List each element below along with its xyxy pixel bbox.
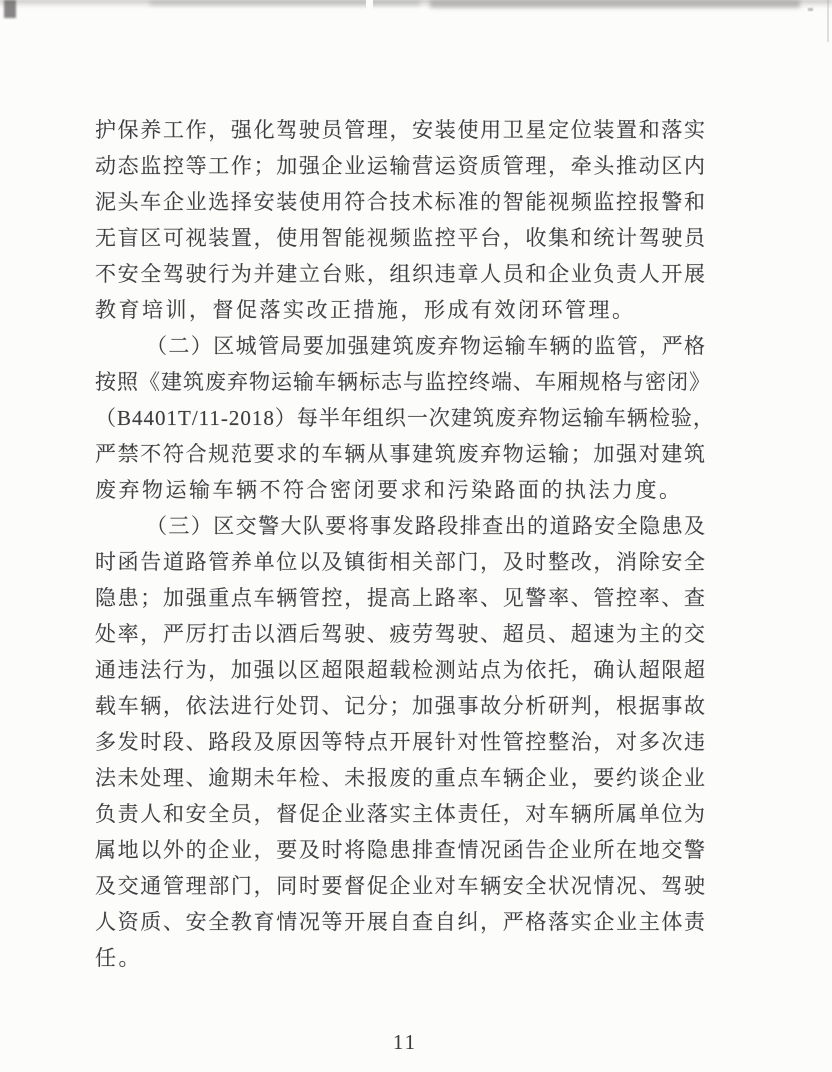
page-number: 11 [393, 1030, 417, 1054]
page-footer: 11 [0, 1030, 810, 1055]
scan-artifact-streak [430, 0, 800, 8]
text-line: 法未处理、逾期未年检、未报废的重点车辆企业，要约谈企业 [95, 760, 706, 796]
text-line: 严禁不符合规范要求的车辆从事建筑废弃物运输；加强对建筑 [95, 436, 706, 472]
scan-artifact-gap [366, 0, 373, 13]
text-line: 通违法行为，加强以区超限超载检测站点为依托，确认超限超 [95, 652, 706, 688]
scan-artifact-streak [150, 0, 420, 6]
document-body: 护保养工作，强化驾驶员管理，安装使用卫星定位装置和落实 动态监控等工作；加强企业… [95, 112, 706, 976]
text-line: 动态监控等工作；加强企业运输营运资质管理，牵头推动区内 [95, 148, 706, 184]
text-line: 属地以外的企业，要及时将隐患排查情况函告企业所在地交警 [95, 832, 706, 868]
scan-artifact-speck [808, 8, 813, 11]
text-line: 教育培训，督促落实改正措施，形成有效闭环管理。 [95, 292, 706, 328]
text-line: 按照《建筑废弃物运输车辆标志与监控终端、车厢规格与密闭》 [95, 364, 706, 400]
text-line: 时函告道路管养单位以及镇街相关部门，及时整改，消除安全 [95, 544, 706, 580]
text-line: 隐患；加强重点车辆管控，提高上路率、见警率、管控率、查 [95, 580, 706, 616]
text-line: 泥头车企业选择安装使用符合技术标准的智能视频监控报警和 [95, 184, 706, 220]
text-line: 多发时段、路段及原因等特点开展针对性管控整治，对多次违 [95, 724, 706, 760]
text-line: 不安全驾驶行为并建立台账，组织违章人员和企业负责人开展 [95, 256, 706, 292]
text-line: 载车辆，依法进行处罚、记分；加强事故分析研判，根据事故 [95, 688, 706, 724]
text-line: 处率，严厉打击以酒后驾驶、疲劳驾驶、超员、超速为主的交 [95, 616, 706, 652]
text-line: 人资质、安全教育情况等开展自查自纠，严格落实企业主体责 [95, 904, 706, 940]
scan-artifact-corner-mark [4, 0, 16, 18]
text-line: 护保养工作，强化驾驶员管理，安装使用卫星定位装置和落实 [95, 112, 706, 148]
text-line: （三）区交警大队要将事发路段排查出的道路安全隐患及 [95, 508, 706, 544]
document-page: 护保养工作，强化驾驶员管理，安装使用卫星定位装置和落实 动态监控等工作；加强企业… [0, 0, 832, 1072]
text-line: （B4401T/11-2018）每半年组织一次建筑废弃物运输车辆检验， [95, 400, 706, 436]
text-line: 负责人和安全员，督促企业落实主体责任，对车辆所属单位为 [95, 796, 706, 832]
scan-artifact-base [0, 0, 832, 9]
scan-artifact-edge-line [827, 0, 829, 42]
scan-artifact-band [0, 0, 832, 16]
text-line: 无盲区可视装置，使用智能视频监控平台，收集和统计驾驶员 [95, 220, 706, 256]
text-line: （二）区城管局要加强建筑废弃物运输车辆的监管，严格 [95, 328, 706, 364]
text-line: 任。 [95, 940, 706, 976]
text-line: 及交通管理部门，同时要督促企业对车辆安全状况情况、驾驶 [95, 868, 706, 904]
text-line: 废弃物运输车辆不符合密闭要求和污染路面的执法力度。 [95, 472, 706, 508]
